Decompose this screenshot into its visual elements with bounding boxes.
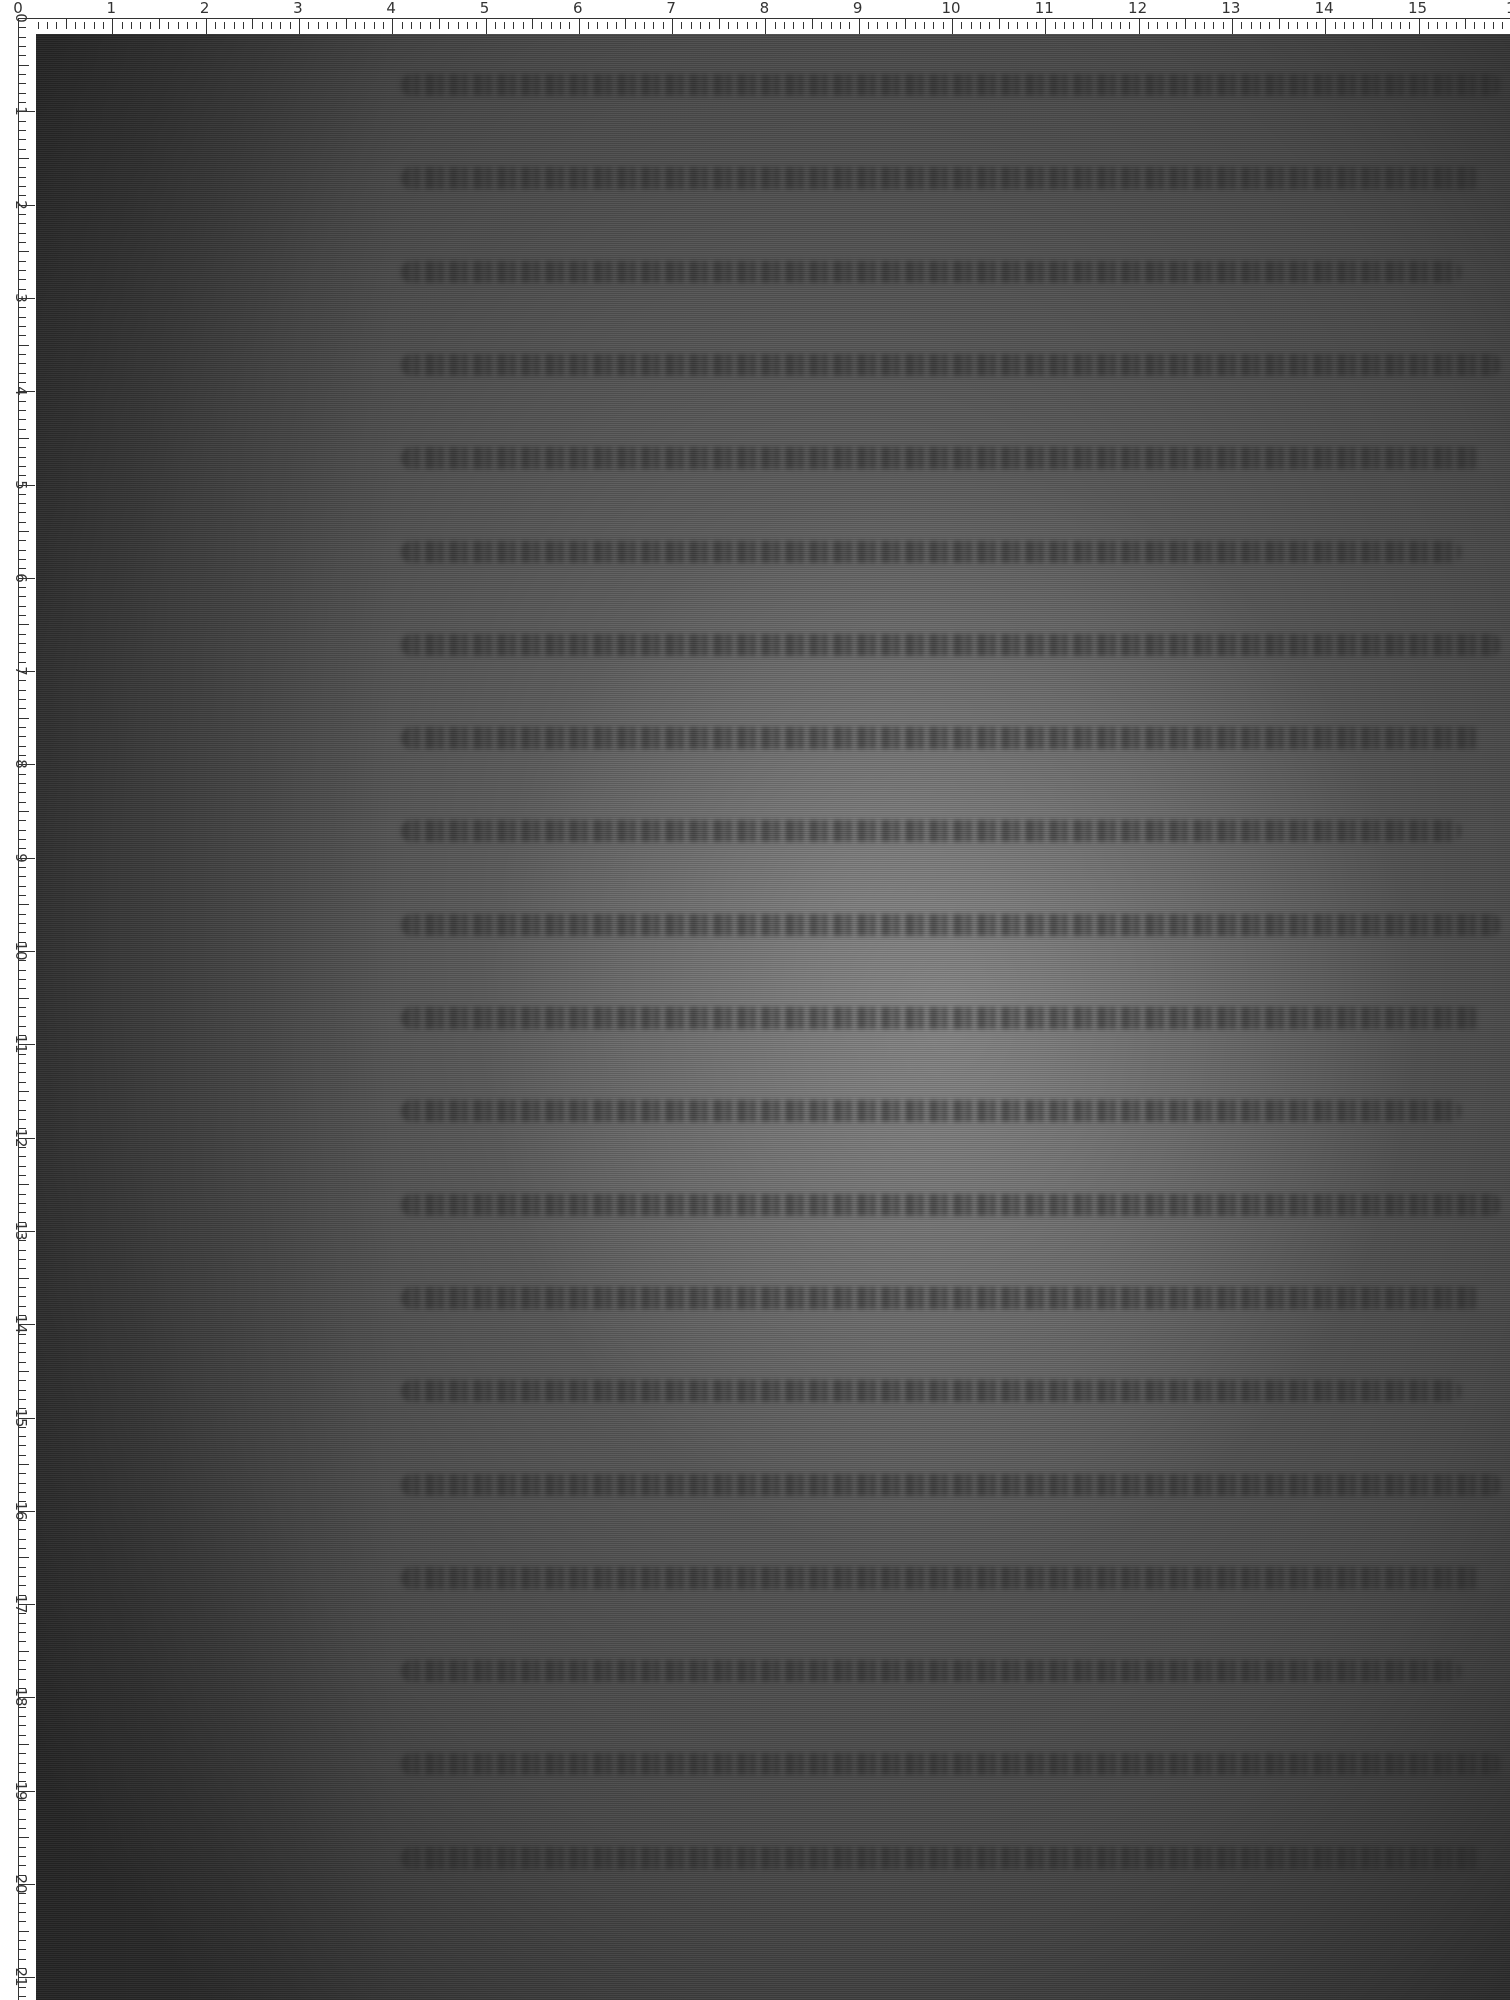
ruler-label: 10 [941, 0, 960, 17]
ruler-tick [551, 22, 552, 29]
ruler-tick [728, 22, 729, 29]
ruler-tick [765, 19, 766, 35]
ruler-tick [19, 1576, 26, 1577]
ruler-tick [1120, 22, 1121, 29]
ruler-tick [38, 22, 39, 29]
ruler-tick [19, 1865, 26, 1866]
ruler-tick [122, 22, 123, 29]
ruler-tick [859, 19, 860, 35]
ruler-tick [19, 1959, 26, 1960]
ruler-tick [625, 19, 626, 29]
ruler-tick [19, 65, 29, 66]
ruler-tick [75, 22, 76, 29]
ruler-tick [19, 718, 29, 719]
ruler-tick [19, 1082, 26, 1083]
ruler-tick [523, 22, 524, 29]
text-line [401, 1007, 1481, 1029]
ruler-tick [1129, 22, 1130, 29]
ruler-tick [19, 1175, 26, 1176]
text-line [401, 1567, 1481, 1589]
ruler-tick [19, 326, 26, 327]
ruler-tick [1223, 22, 1224, 29]
horizontal-ruler [18, 18, 1510, 35]
ruler-tick [513, 22, 514, 29]
ruler-label: 0 [12, 13, 30, 23]
ruler-tick [19, 102, 26, 103]
ruler-tick [19, 270, 26, 271]
ruler-tick [821, 22, 822, 29]
ruler-tick [709, 22, 710, 29]
ruler-tick [840, 22, 841, 29]
ruler-tick [504, 22, 505, 29]
ruler-tick [364, 22, 365, 29]
ruler-tick [1372, 19, 1373, 29]
ruler-tick [560, 22, 561, 29]
ruler-tick [19, 746, 26, 747]
ruler-tick [1213, 22, 1214, 29]
ruler-tick [19, 1334, 26, 1335]
ruler-tick [19, 522, 26, 523]
ruler-tick [19, 1063, 26, 1064]
ruler-label: 1 [12, 107, 30, 117]
ruler-tick [1111, 22, 1112, 29]
ruler-tick [19, 1436, 26, 1437]
ruler-tick [541, 22, 542, 29]
ruler-tick [19, 475, 26, 476]
ruler-tick [308, 22, 309, 29]
ruler-tick [1363, 22, 1364, 29]
ruler-tick [19, 1557, 29, 1558]
ruler-tick [336, 22, 337, 29]
ruler-tick [19, 1725, 26, 1726]
ruler-tick [420, 22, 421, 29]
ruler-tick [19, 382, 26, 383]
ruler-tick [19, 615, 26, 616]
ruler-tick [290, 22, 291, 29]
ruler-tick [971, 22, 972, 29]
ruler-label: 11 [12, 1035, 30, 1054]
ruler-tick [19, 1828, 26, 1829]
ruler-tick [19, 158, 29, 159]
ruler-tick [19, 1390, 26, 1391]
text-line [401, 1660, 1461, 1682]
ruler-tick [19, 167, 26, 168]
ruler-tick [131, 22, 132, 29]
ruler-tick [1055, 22, 1056, 29]
ruler-tick [19, 596, 26, 597]
ruler-tick [19, 1987, 26, 1988]
ruler-tick [19, 1483, 26, 1484]
ruler-tick [19, 1455, 26, 1456]
ruler-tick [19, 289, 26, 290]
ruler-tick [19, 1110, 26, 1111]
ruler-tick [196, 22, 197, 29]
ruler-tick [19, 914, 26, 915]
ruler-label: 19 [12, 1781, 30, 1800]
ruler-tick [19, 923, 26, 924]
text-line [401, 914, 1501, 936]
ruler-tick [644, 22, 645, 29]
ruler-tick [262, 22, 263, 29]
ruler-tick [1232, 19, 1233, 35]
ruler-tick [1241, 22, 1242, 29]
ruler-tick [896, 22, 897, 29]
ruler-tick [19, 1735, 26, 1736]
ruler-tick [19, 1016, 26, 1017]
ruler-tick [112, 19, 113, 35]
ruler-label: 12 [1128, 0, 1147, 17]
ruler-tick [1176, 22, 1177, 29]
ruler-tick [159, 19, 160, 29]
text-line [401, 1194, 1501, 1216]
ruler-tick [19, 970, 26, 971]
ruler-tick [868, 22, 869, 29]
ruler-label: 13 [1221, 0, 1240, 17]
ruler-tick [280, 22, 281, 29]
text-line [401, 1100, 1461, 1122]
ruler-tick [588, 22, 589, 29]
ruler-tick [19, 1641, 26, 1642]
ruler-tick [19, 1464, 29, 1465]
ruler-tick [19, 1949, 26, 1950]
ruler-tick [980, 22, 981, 29]
ruler-tick [19, 1166, 26, 1167]
text-line [401, 1287, 1481, 1309]
ruler-tick [19, 74, 26, 75]
ruler-tick [681, 22, 682, 29]
ruler-tick [19, 1352, 26, 1353]
ruler-tick [19, 186, 26, 187]
ruler-tick [430, 22, 431, 29]
ruler-tick [19, 839, 26, 840]
ruler-tick [1344, 22, 1345, 29]
ruler-tick [19, 1100, 26, 1101]
ruler-tick [206, 19, 207, 35]
ruler-label: 5 [480, 0, 490, 17]
ruler-tick [19, 1613, 26, 1614]
ruler-tick [19, 1548, 26, 1549]
ruler-tick [19, 307, 26, 308]
ruler-tick [19, 512, 26, 513]
ruler-tick [19, 895, 26, 896]
ruler-tick [19, 1921, 26, 1922]
ruler-tick [1316, 22, 1317, 29]
ruler-tick [1204, 22, 1205, 29]
manuscript-scan [36, 34, 1510, 2000]
ruler-tick [1335, 22, 1336, 29]
ruler-tick [19, 214, 26, 215]
ruler-tick [19, 932, 26, 933]
ruler-tick [19, 494, 26, 495]
ruler-tick [140, 22, 141, 29]
ruler-tick [19, 998, 29, 999]
ruler-tick [252, 19, 253, 29]
text-line [401, 541, 1461, 563]
ruler-tick [19, 1259, 26, 1260]
ruler-tick [1092, 19, 1093, 29]
text-line [401, 1847, 1481, 1869]
ruler-tick [19, 27, 26, 28]
ruler-tick [569, 22, 570, 29]
ruler-tick [467, 22, 468, 29]
ruler-tick [756, 22, 757, 29]
text-line [401, 1474, 1501, 1496]
ruler-tick [1251, 22, 1252, 29]
ruler-tick [19, 1539, 26, 1540]
ruler-tick [19, 1567, 26, 1568]
ruler-tick [19, 1492, 26, 1493]
ruler-tick [19, 121, 26, 122]
ruler-tick [1428, 22, 1429, 29]
ruler-tick [1008, 22, 1009, 29]
ruler-tick [19, 149, 26, 150]
ruler-label: 21 [12, 1968, 30, 1987]
ruler-tick [19, 1072, 26, 1073]
ruler-tick [803, 22, 804, 29]
ruler-tick [1195, 22, 1196, 29]
ruler-tick [19, 1931, 29, 1932]
ruler-tick [19, 1287, 26, 1288]
ruler-label: 7 [666, 0, 676, 17]
ruler-tick [1493, 22, 1494, 29]
ruler-tick [19, 606, 26, 607]
ruler-tick [831, 22, 832, 29]
ruler-tick [19, 1156, 26, 1157]
ruler-tick [19, 1847, 26, 1848]
ruler-tick [19, 1940, 26, 1941]
ruler-label: 4 [386, 0, 396, 17]
ruler-tick [19, 680, 26, 681]
ruler-tick [19, 624, 29, 625]
ruler-tick [877, 22, 878, 29]
ruler-tick [84, 22, 85, 29]
ruler-tick [943, 22, 944, 29]
ruler-tick [19, 447, 26, 448]
ruler-tick [19, 401, 26, 402]
ruler-tick [952, 19, 953, 35]
ruler-label: 8 [760, 0, 770, 17]
ruler-tick [19, 1912, 26, 1913]
ruler-tick [19, 1371, 29, 1372]
ruler-label: 11 [1035, 0, 1054, 17]
ruler-tick [19, 662, 26, 663]
ruler-tick [19, 1996, 26, 1997]
ruler-tick [1260, 22, 1261, 29]
ruler-tick [19, 457, 26, 458]
ruler-label: 4 [12, 386, 30, 396]
ruler-tick [19, 1529, 26, 1530]
ruler-tick [19, 419, 26, 420]
dark-margin [36, 34, 396, 2000]
ruler-tick [19, 317, 26, 318]
ruler-tick [19, 1585, 26, 1586]
ruler-tick [19, 559, 26, 560]
ruler-tick [1027, 22, 1028, 29]
ruler-tick [1045, 19, 1046, 35]
ruler-tick [19, 820, 26, 821]
ruler-tick [411, 22, 412, 29]
ruler-label: 17 [12, 1595, 30, 1614]
ruler-tick [19, 587, 26, 588]
ruler-tick [691, 22, 692, 29]
ruler-tick [215, 22, 216, 29]
text-line [401, 634, 1501, 656]
ruler-tick [19, 438, 29, 439]
ruler-tick [653, 22, 654, 29]
ruler-tick [19, 1362, 26, 1363]
ruler-tick [1279, 19, 1280, 29]
ruler-label: 9 [853, 0, 863, 17]
ruler-tick [19, 802, 26, 803]
ruler-tick [1101, 22, 1102, 29]
ruler-label: 20 [12, 1874, 30, 1893]
ruler-label: 2 [12, 200, 30, 210]
ruler-tick [19, 1772, 26, 1773]
ruler-tick [271, 22, 272, 29]
ruler-tick [19, 1903, 26, 1904]
ruler-label: 5 [12, 480, 30, 490]
ruler-tick [719, 19, 720, 29]
ruler-tick [66, 19, 67, 29]
ruler-tick [19, 83, 26, 84]
ruler-tick [1353, 22, 1354, 29]
ruler-tick [178, 22, 179, 29]
ruler-tick [747, 22, 748, 29]
ruler-tick [1325, 19, 1326, 35]
ruler-tick [19, 93, 26, 94]
ruler-tick [635, 22, 636, 29]
ruler-tick [1437, 22, 1438, 29]
ruler-tick [19, 727, 26, 728]
ruler-tick [19, 177, 26, 178]
ruler-tick [1400, 22, 1401, 29]
ruler-tick [47, 22, 48, 29]
ruler-tick [19, 1194, 26, 1195]
ruler-tick [318, 22, 319, 29]
ruler-tick [1017, 22, 1018, 29]
ruler-tick [1484, 22, 1485, 29]
ruler-tick [19, 1632, 26, 1633]
ruler-tick [19, 540, 26, 541]
ruler-label: 10 [12, 941, 30, 960]
ruler-tick [19, 1679, 26, 1680]
ruler-tick [19, 223, 26, 224]
ruler-tick [784, 22, 785, 29]
text-line [401, 820, 1461, 842]
ruler-tick [1064, 22, 1065, 29]
ruler-tick [1381, 22, 1382, 29]
ruler-label: 14 [1315, 0, 1334, 17]
ruler-tick [1269, 22, 1270, 29]
text-line [401, 74, 1501, 96]
ruler-tick [383, 22, 384, 29]
ruler-tick [439, 19, 440, 29]
ruler-label: 7 [12, 666, 30, 676]
ruler-tick [346, 19, 347, 29]
ruler-tick [19, 1212, 26, 1213]
ruler-label: 13 [12, 1221, 30, 1240]
ruler-tick [1157, 22, 1158, 29]
ruler-tick [19, 195, 26, 196]
ruler-tick [19, 1651, 29, 1652]
ruler-tick [19, 1473, 26, 1474]
ruler-tick [19, 1091, 29, 1092]
ruler-tick [103, 22, 104, 29]
ruler-tick [19, 1250, 26, 1251]
ruler-tick [1185, 19, 1186, 29]
ruler-tick [19, 279, 26, 280]
ruler-tick [775, 22, 776, 29]
ruler-tick [19, 1007, 26, 1008]
ruler-label: 3 [293, 0, 303, 17]
ruler-tick [849, 22, 850, 29]
ruler-tick [19, 251, 29, 252]
ruler-tick [19, 867, 26, 868]
ruler-tick [19, 1445, 26, 1446]
ruler-tick [1474, 22, 1475, 29]
ruler-tick [19, 139, 26, 140]
ruler-tick [19, 1306, 26, 1307]
text-line [401, 1753, 1501, 1775]
ruler-tick [19, 1026, 26, 1027]
ruler-tick [19, 1203, 26, 1204]
ruler-tick [1409, 22, 1410, 29]
ruler-tick [94, 22, 95, 29]
ruler-tick [19, 373, 26, 374]
ruler-tick [1307, 22, 1308, 29]
ruler-tick [299, 19, 300, 35]
ruler-tick [1148, 22, 1149, 29]
ruler-tick [915, 22, 916, 29]
ruler-tick [532, 19, 533, 29]
ruler-tick [234, 22, 235, 29]
ruler-tick [19, 979, 26, 980]
ruler-tick [19, 37, 26, 38]
ruler-tick [933, 22, 934, 29]
ruler-label: 15 [1408, 0, 1427, 17]
ruler-tick [224, 22, 225, 29]
ruler-tick [737, 22, 738, 29]
ruler-tick [19, 1660, 26, 1661]
ruler-tick [19, 46, 26, 47]
ruler-tick [19, 233, 26, 234]
ruler-tick [19, 1856, 26, 1857]
ruler-label: 16 [12, 1501, 30, 1520]
text-line [401, 261, 1461, 283]
ruler-tick [19, 755, 26, 756]
ruler-tick [19, 1837, 29, 1838]
ruler-tick [19, 1119, 26, 1120]
ruler-tick [448, 22, 449, 29]
ruler-tick [19, 988, 26, 989]
ruler-tick [19, 708, 26, 709]
text-line [401, 447, 1481, 469]
ruler-tick [19, 690, 26, 691]
text-line [401, 354, 1501, 376]
ruler-tick [19, 531, 29, 532]
ruler-tick [19, 830, 26, 831]
ruler-tick [374, 22, 375, 29]
ruler-tick [1419, 19, 1420, 35]
ruler-label: 3 [12, 293, 30, 303]
ruler-tick [19, 1753, 26, 1754]
ruler-tick [19, 1278, 29, 1279]
ruler-tick [402, 22, 403, 29]
ruler-tick [19, 354, 26, 355]
ruler-tick [486, 19, 487, 35]
ruler-tick [1456, 22, 1457, 29]
ruler-tick [19, 1380, 26, 1381]
